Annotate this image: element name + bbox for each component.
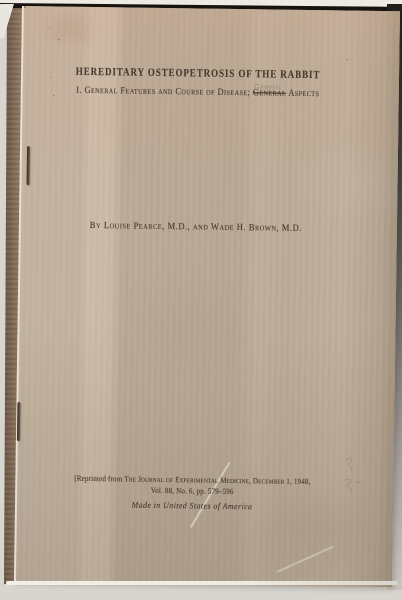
handwritten-correction: Genetic [254, 81, 282, 92]
reprint-cover-sheet: HEREDITARY OSTEOPETROSIS OF THE RABBIT I… [14, 6, 400, 587]
made-in-notice: Made in United States of America [31, 498, 353, 512]
reprint-prefix: [Reprinted from [74, 474, 124, 484]
subtitle-suffix: Aspects [286, 89, 319, 99]
struck-word-wrapper: GeneralGenetic [253, 88, 287, 98]
cover-text: HEREDITARY OSTEOPETROSIS OF THE RABBIT I… [16, 6, 374, 587]
subtitle-prefix: I. General Features and Course of Diseas… [76, 86, 253, 98]
reprint-notice: [Reprinted from The Journal of Experimen… [38, 472, 346, 498]
paper-title: HEREDITARY OSTEOPETROSIS OF THE RABBIT [55, 65, 342, 81]
bottom-page-edge-highlight [6, 581, 398, 585]
byline: By Louise Pearce, M.D., and Wade H. Brow… [38, 220, 353, 234]
photographed-reprint-cover: HEREDITARY OSTEOPETROSIS OF THE RABBIT I… [0, 0, 402, 600]
paper-subtitle: I. General Features and Course of Diseas… [44, 85, 352, 99]
